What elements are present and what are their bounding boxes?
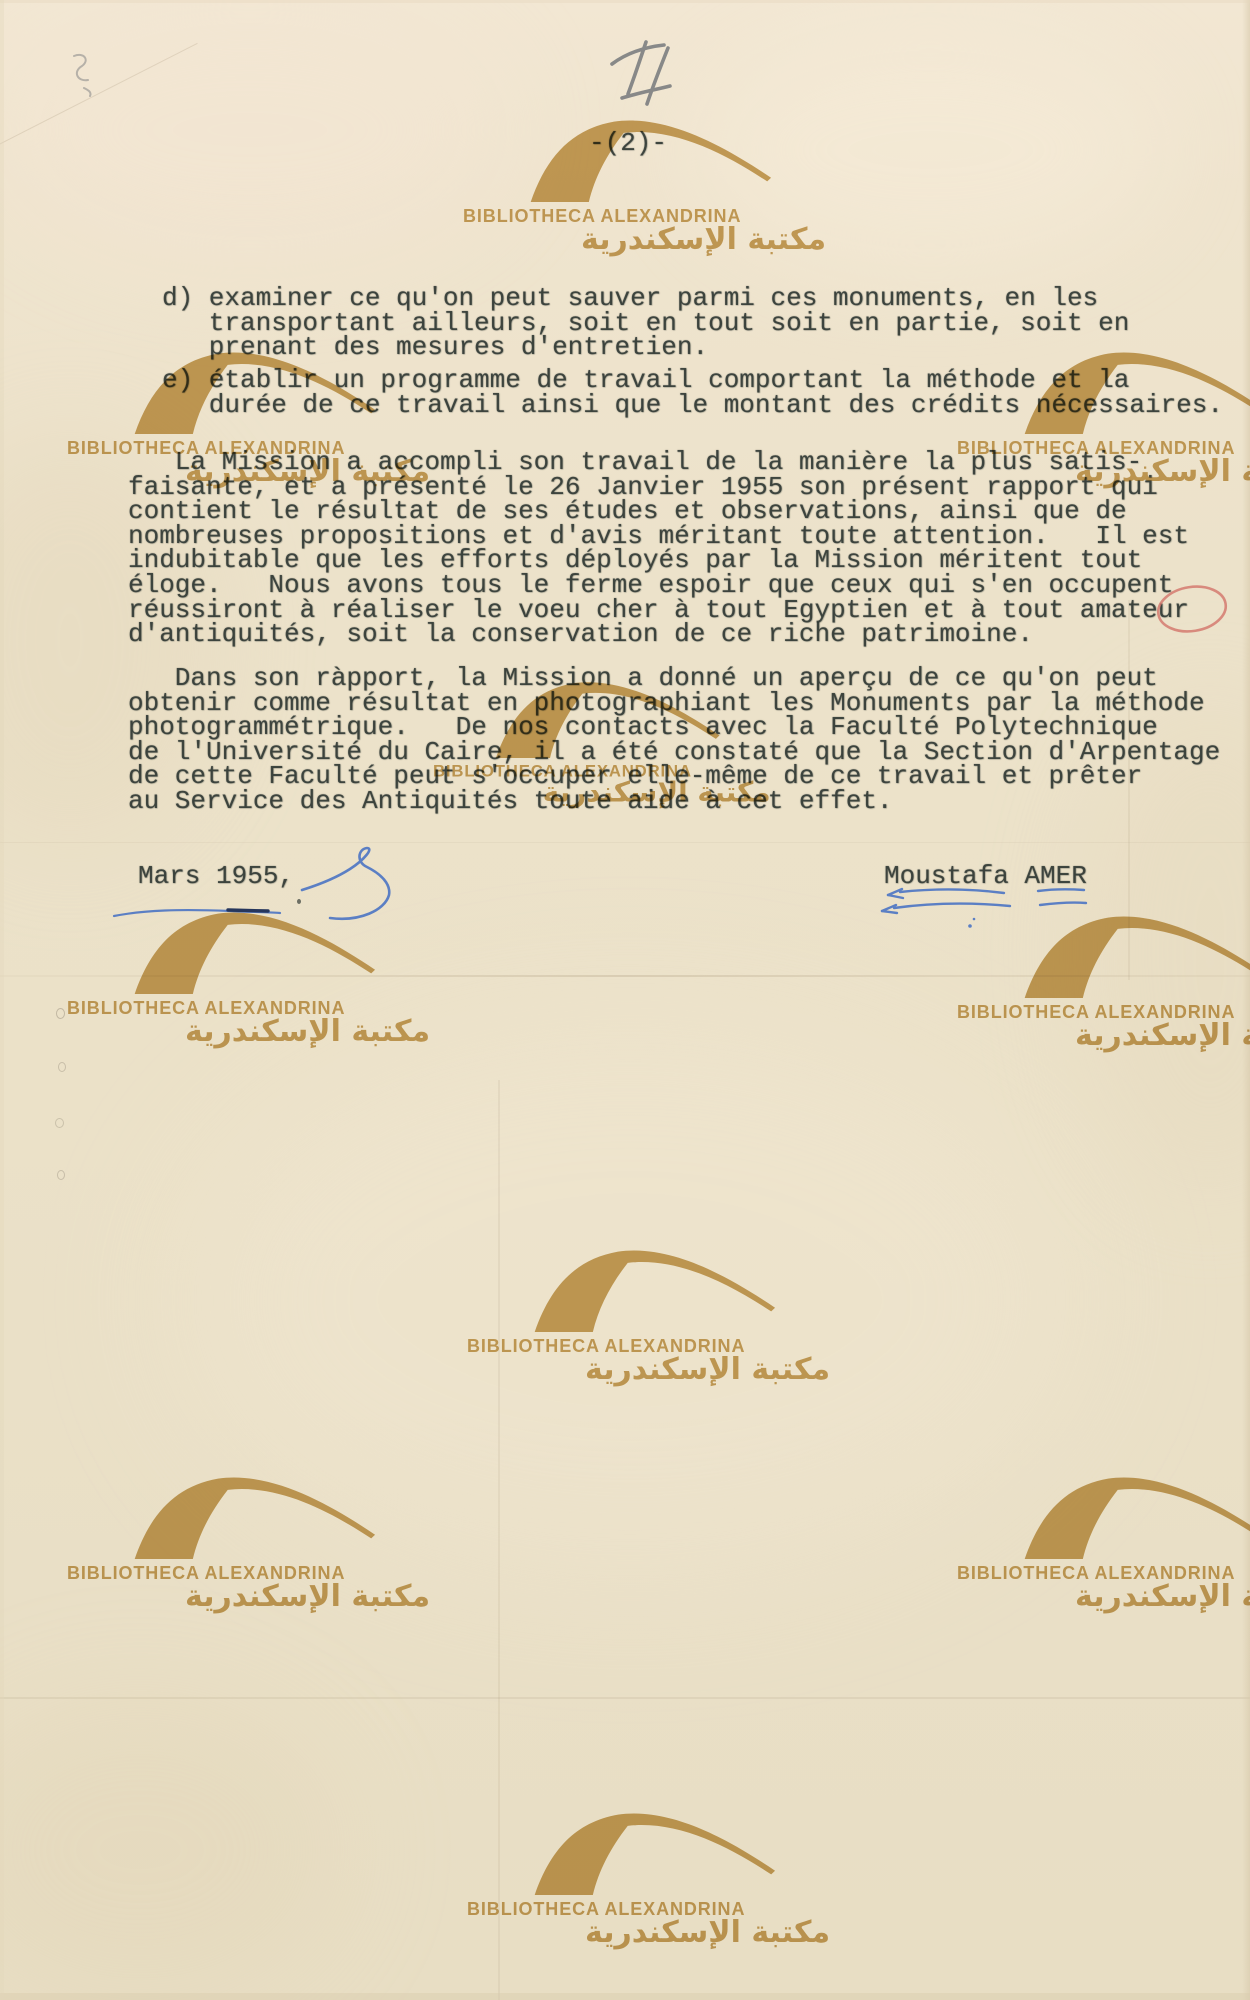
scanned-document-page: -(2)- d) examiner ce qu'on peut sauver p… <box>0 0 1250 2000</box>
library-swoosh-logo-icon <box>1015 912 1250 998</box>
watermark-arabic-text: مكتبة الإسكندرية <box>585 1915 830 1950</box>
pencil-scribble <box>64 50 104 98</box>
paper-stain <box>0 0 500 260</box>
date-line: Mars 1955, <box>138 864 294 889</box>
library-swoosh-logo-icon <box>525 1809 777 1895</box>
watermark-latin-text: BIBLIOTHECA ALEXANDRINA <box>957 1563 1235 1584</box>
ink-flourish <box>294 838 409 930</box>
margin-speck <box>56 1008 65 1019</box>
library-swoosh-logo-icon <box>525 1246 777 1332</box>
watermark-latin-text: BIBLIOTHECA ALEXANDRINA <box>463 206 741 227</box>
watermark-latin-text: BIBLIOTHECA ALEXANDRINA <box>467 1336 745 1357</box>
watermark-arabic-text: مكتبة الإسكندرية <box>581 222 826 257</box>
watermark-arabic-text: مكتبة الإسكندرية <box>1075 1579 1250 1614</box>
handwritten-page-mark-II <box>606 38 690 122</box>
paragraph-photogrammetry: Dans son ràpport, la Mission a donné un … <box>128 666 1220 814</box>
watermark-latin-text: BIBLIOTHECA ALEXANDRINA <box>957 1002 1235 1023</box>
bibliotheca-alexandrina-watermark: BIBLIOTHECA ALEXANDRINA مكتبة الإسكندرية <box>467 1246 817 1398</box>
paragraph-item-d: d) examiner ce qu'on peut sauver parmi c… <box>162 286 1129 360</box>
watermark-latin-text: BIBLIOTHECA ALEXANDRINA <box>67 1563 345 1584</box>
paper-edge <box>0 1993 1250 2000</box>
ink-underline-signature <box>878 886 1098 934</box>
paper-crease <box>0 842 1250 843</box>
library-swoosh-logo-icon <box>125 1473 377 1559</box>
paper-edge <box>1242 0 1250 2000</box>
watermark-arabic-text: مكتبة الإسكندرية <box>185 1014 430 1049</box>
paper-crease <box>0 975 1250 977</box>
bibliotheca-alexandrina-watermark: BIBLIOTHECA ALEXANDRINA مكتبة الإسكندرية <box>957 1473 1250 1625</box>
bibliotheca-alexandrina-watermark: BIBLIOTHECA ALEXANDRINA مكتبة الإسكندرية <box>67 1473 417 1625</box>
library-swoosh-logo-icon <box>125 908 377 994</box>
signature-name: Moustafa AMER <box>884 864 1087 889</box>
watermark-arabic-text: مكتبة الإسكندرية <box>1075 1018 1250 1053</box>
paragraph-mission-report: La Mission a accompli son travail de la … <box>128 450 1189 647</box>
page-number: -(2)- <box>589 131 667 156</box>
watermark-arabic-text: مكتبة الإسكندرية <box>185 1579 430 1614</box>
watermark-latin-text: BIBLIOTHECA ALEXANDRINA <box>467 1899 745 1920</box>
margin-speck <box>58 1062 66 1072</box>
typed-stray-period <box>297 899 301 904</box>
paper-edge <box>0 0 4 2000</box>
ink-underline-date <box>110 902 285 924</box>
bibliotheca-alexandrina-watermark: BIBLIOTHECA ALEXANDRINA مكتبة الإسكندرية <box>957 912 1250 1064</box>
paragraph-item-e: e) établir un programme de travail compo… <box>162 368 1223 417</box>
paper-stain <box>700 30 1160 270</box>
bibliotheca-alexandrina-watermark: BIBLIOTHECA ALEXANDRINA مكتبة الإسكندرية <box>67 908 417 1060</box>
paper-crease <box>0 1697 1250 1699</box>
margin-speck <box>57 1170 65 1180</box>
library-swoosh-logo-icon <box>1015 1473 1250 1559</box>
paper-stain <box>180 1020 1080 1580</box>
paper-stain <box>0 1700 340 2000</box>
margin-speck <box>55 1118 64 1128</box>
watermark-latin-text: BIBLIOTHECA ALEXANDRINA <box>67 998 345 1019</box>
paper-crease <box>498 1080 500 2000</box>
paper-edge <box>0 0 1250 3</box>
watermark-arabic-text: مكتبة الإسكندرية <box>585 1352 830 1387</box>
bibliotheca-alexandrina-watermark: BIBLIOTHECA ALEXANDRINA مكتبة الإسكندرية <box>467 1809 817 1961</box>
paper-crease <box>0 43 198 148</box>
